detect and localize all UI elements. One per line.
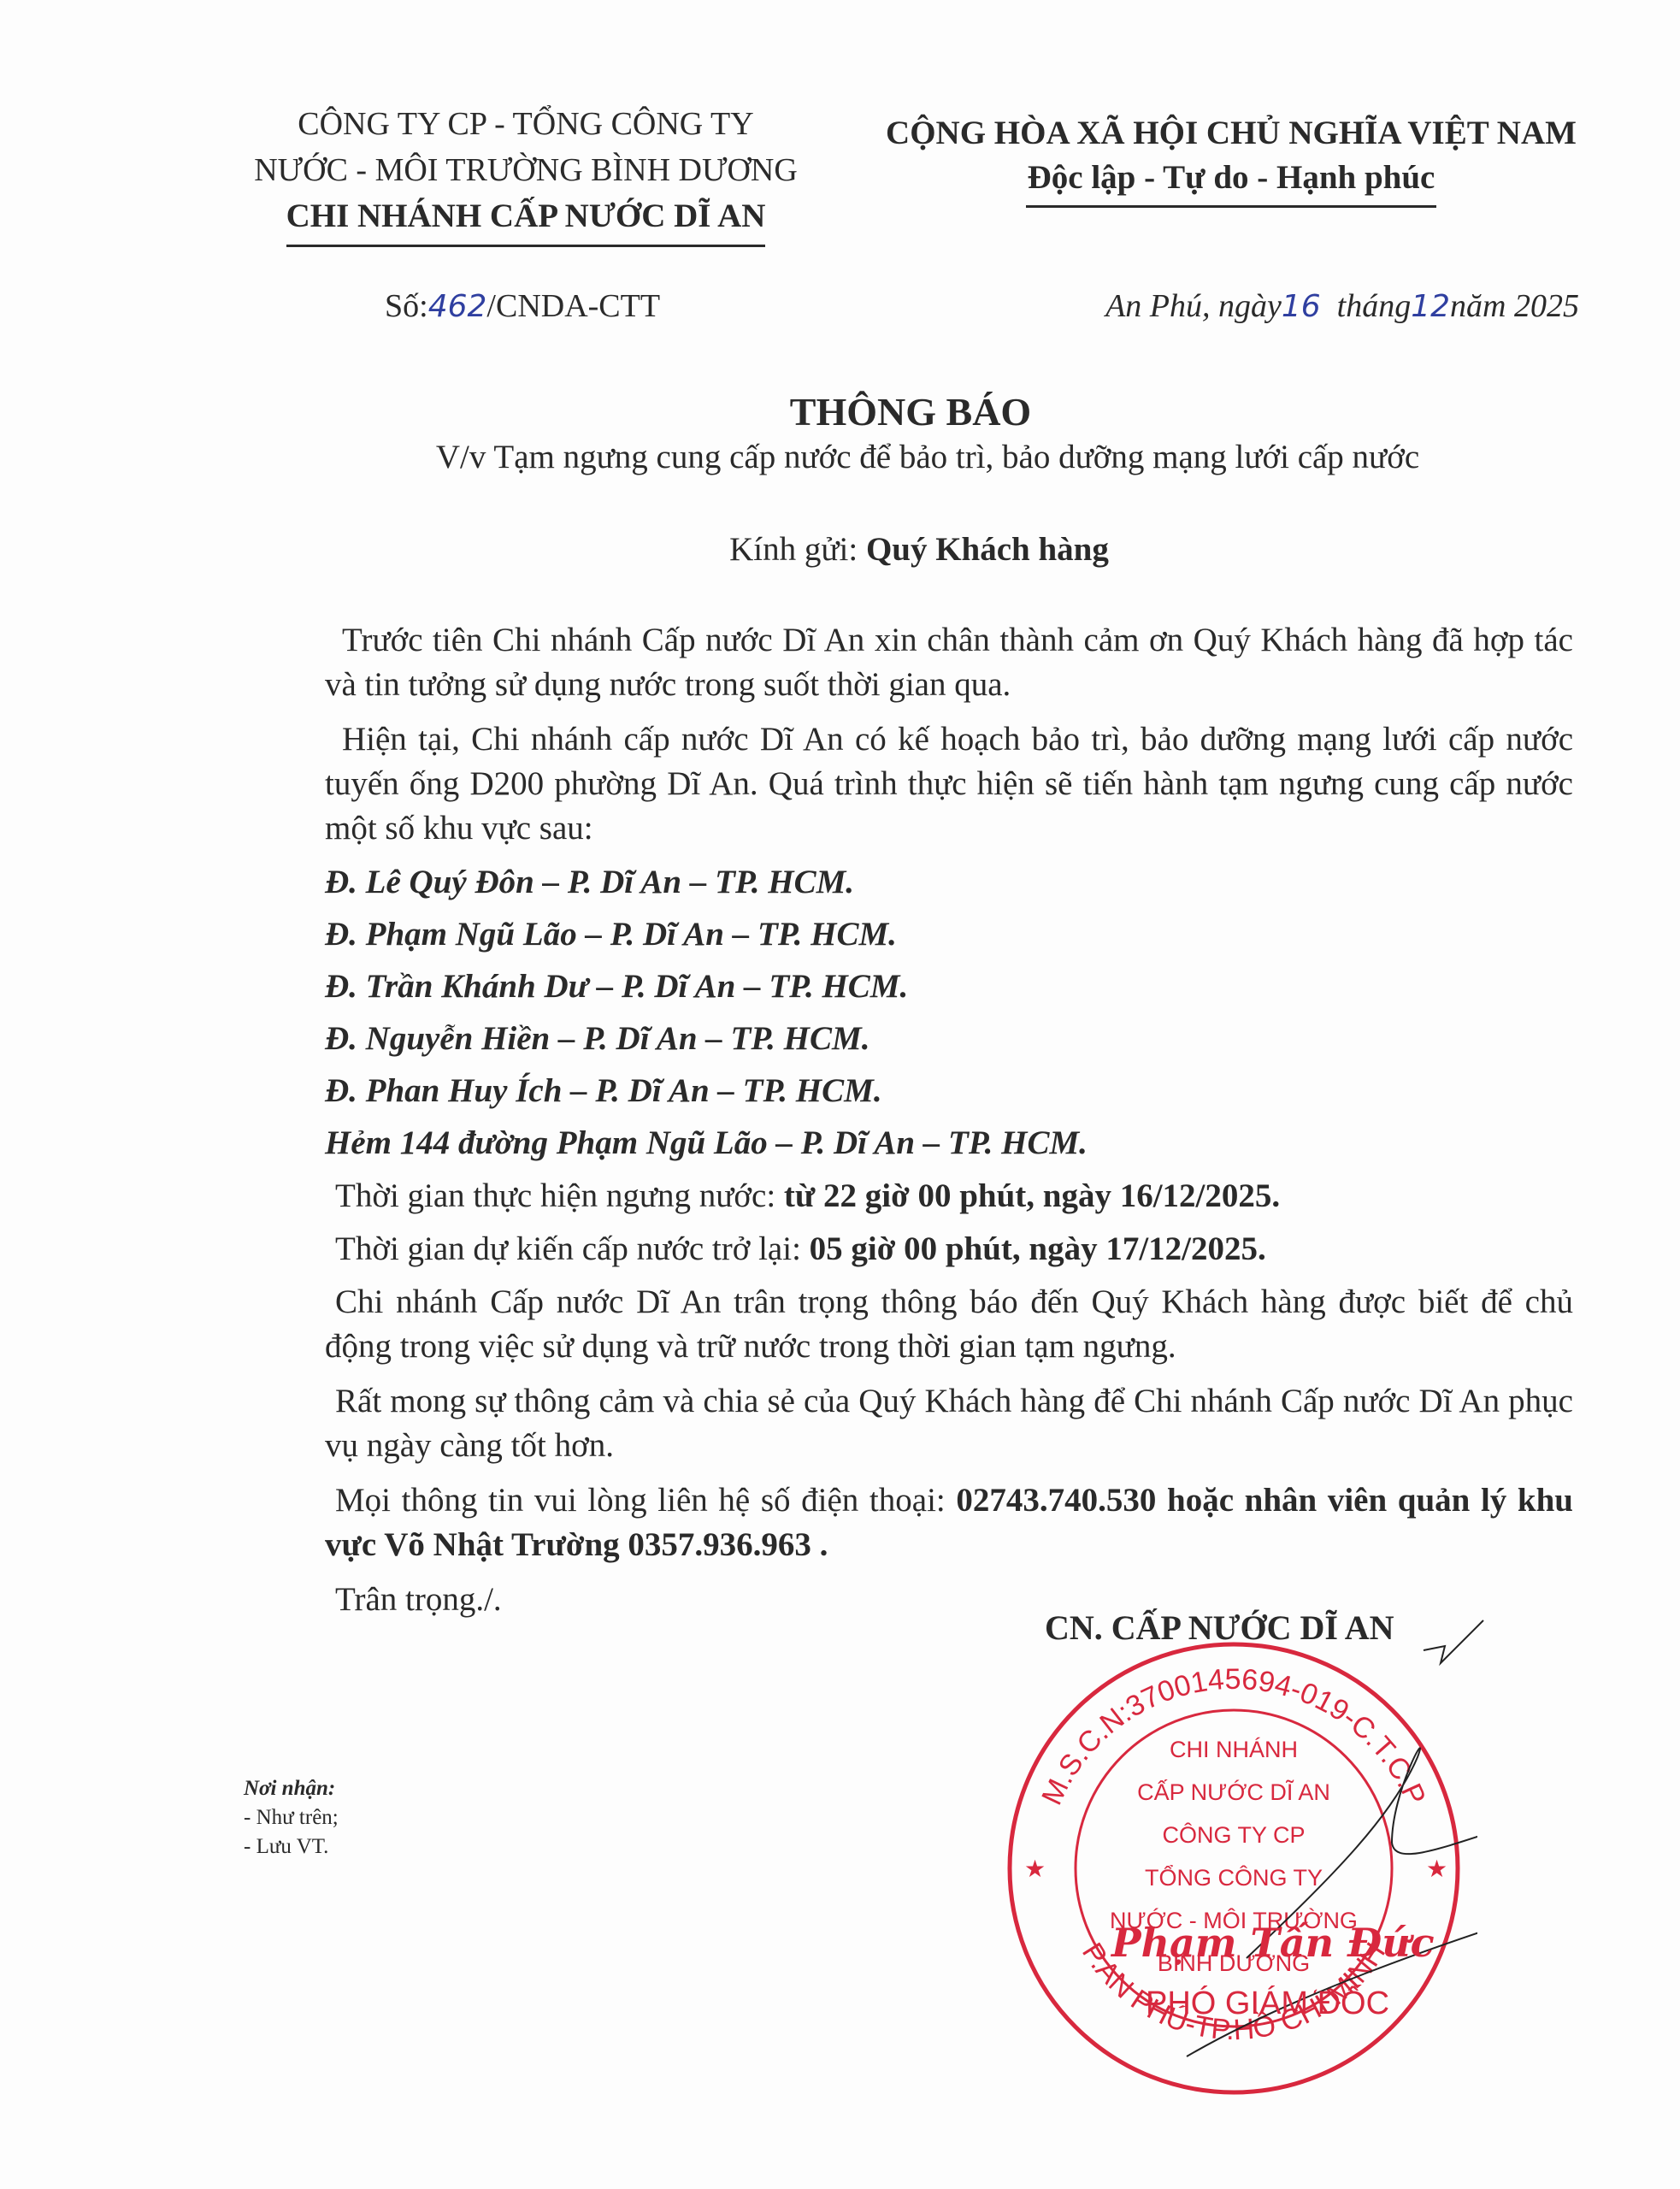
date-month: 12 [1411, 289, 1450, 324]
date-month-label: tháng [1337, 288, 1412, 324]
svg-text:CẤP NƯỚC DĨ AN: CẤP NƯỚC DĨ AN [1137, 1779, 1330, 1805]
svg-text:★: ★ [1426, 1856, 1447, 1882]
parent-company-line1: CÔNG TY CP - TỔNG CÔNG TY [197, 101, 855, 147]
date-day: 16 [1282, 289, 1321, 324]
issuing-organization: CÔNG TY CP - TỔNG CÔNG TY NƯỚC - MÔI TRƯ… [197, 101, 855, 247]
branch-underline [286, 245, 765, 247]
salutation-recipient: Quý Khách hàng [866, 531, 1109, 568]
svg-text:CÔNG TY CP: CÔNG TY CP [1162, 1821, 1305, 1848]
apology-paragraph: Rất mong sự thông cảm và chia sẻ của Quý… [325, 1379, 1573, 1468]
branch-name: CHI NHÁNH CẤP NƯỚC DĨ AN [197, 193, 855, 239]
location-item: Đ. Lê Quý Đôn – P. Dĩ An – TP. HCM. [325, 856, 1573, 908]
initials-mark-icon [1419, 1616, 1488, 1667]
motto: Độc lập - Tự do - Hạnh phúc [855, 156, 1607, 200]
stop-time: Thời gian thực hiện ngưng nước: từ 22 gi… [325, 1174, 1573, 1218]
plan-paragraph: Hiện tại, Chi nhánh cấp nước Dĩ An có kế… [325, 717, 1573, 851]
document-number: Số:462/CNDA-CTT [385, 287, 660, 325]
date-place: An Phú, ngày [1105, 288, 1282, 324]
affected-locations-list: Đ. Lê Quý Đôn – P. Dĩ An – TP. HCM.Đ. Ph… [325, 856, 1573, 1169]
salutation-label: Kính gửi: [729, 531, 858, 568]
signer-name: Phạm Tấn Đức [1111, 1920, 1435, 1966]
date-year: năm 2025 [1450, 288, 1579, 324]
resume-time-label: Thời gian dự kiến cấp nước trở lại: [335, 1230, 801, 1267]
location-item: Đ. Trần Khánh Dư – P. Dĩ An – TP. HCM. [325, 960, 1573, 1012]
document-date: An Phú, ngày16 tháng12năm 2025 [1105, 287, 1579, 325]
svg-text:TỔNG CÔNG TY: TỔNG CÔNG TY [1145, 1864, 1323, 1891]
national-motto: CỘNG HÒA XÃ HỘI CHỦ NGHĨA VIỆT NAM Độc l… [855, 111, 1607, 208]
country-name: CỘNG HÒA XÃ HỘI CHỦ NGHĨA VIỆT NAM [855, 111, 1607, 156]
document-body: Trước tiên Chi nhánh Cấp nước Dĩ An xin … [325, 618, 1573, 1622]
svg-text:CHI NHÁNH: CHI NHÁNH [1170, 1737, 1298, 1762]
contact-paragraph: Mọi thông tin vui lòng liên hệ số điện t… [325, 1478, 1573, 1567]
salutation: Kính gửi: Quý Khách hàng [0, 530, 1680, 569]
resume-time: Thời gian dự kiến cấp nước trở lại: 05 g… [325, 1227, 1573, 1272]
recipient-item: - Lưu VT. [244, 1832, 339, 1862]
signature-org: CN. CẤP NƯỚC DĨ AN [1045, 1608, 1394, 1648]
contact-label: Mọi thông tin vui lòng liên hệ số điện t… [335, 1482, 946, 1519]
document-subject: V/v Tạm ngưng cung cấp nước để bảo trì, … [0, 438, 1680, 476]
doc-number-suffix: /CNDA-CTT [486, 288, 660, 324]
parent-company-line2: NƯỚC - MÔI TRƯỜNG BÌNH DƯƠNG [197, 147, 855, 193]
signer-title: PHÓ GIÁM ĐỐC [1146, 1985, 1389, 2022]
document-title: THÔNG BÁO [0, 389, 1680, 434]
svg-text:★: ★ [1024, 1856, 1046, 1882]
stop-time-label: Thời gian thực hiện ngưng nước: [335, 1177, 775, 1214]
location-item: Đ. Nguyễn Hiền – P. Dĩ An – TP. HCM. [325, 1012, 1573, 1065]
intro-paragraph: Trước tiên Chi nhánh Cấp nước Dĩ An xin … [325, 618, 1573, 707]
recipients-heading: Nơi nhận: [244, 1774, 339, 1803]
location-item: Hẻm 144 đường Phạm Ngũ Lão – P. Dĩ An – … [325, 1117, 1573, 1169]
company-seal-icon: M.S.C.N:3700145694-019-C.T.C.P P.AN PHÚ-… [990, 1620, 1477, 2108]
motto-underline [1026, 205, 1436, 208]
location-item: Đ. Phan Huy Ích – P. Dĩ An – TP. HCM. [325, 1065, 1573, 1117]
doc-number-prefix: Số: [385, 288, 428, 324]
recipients-block: Nơi nhận: - Như trên; - Lưu VT. [244, 1774, 339, 1862]
stop-time-value: từ 22 giờ 00 phút, ngày 16/12/2025. [784, 1177, 1280, 1214]
notice-paragraph: Chi nhánh Cấp nước Dĩ An trân trọng thôn… [325, 1280, 1573, 1369]
location-item: Đ. Phạm Ngũ Lão – P. Dĩ An – TP. HCM. [325, 908, 1573, 960]
doc-number-handwritten: 462 [428, 289, 487, 324]
recipient-item: - Như trên; [244, 1803, 339, 1832]
resume-time-value: 05 giờ 00 phút, ngày 17/12/2025. [810, 1230, 1266, 1267]
